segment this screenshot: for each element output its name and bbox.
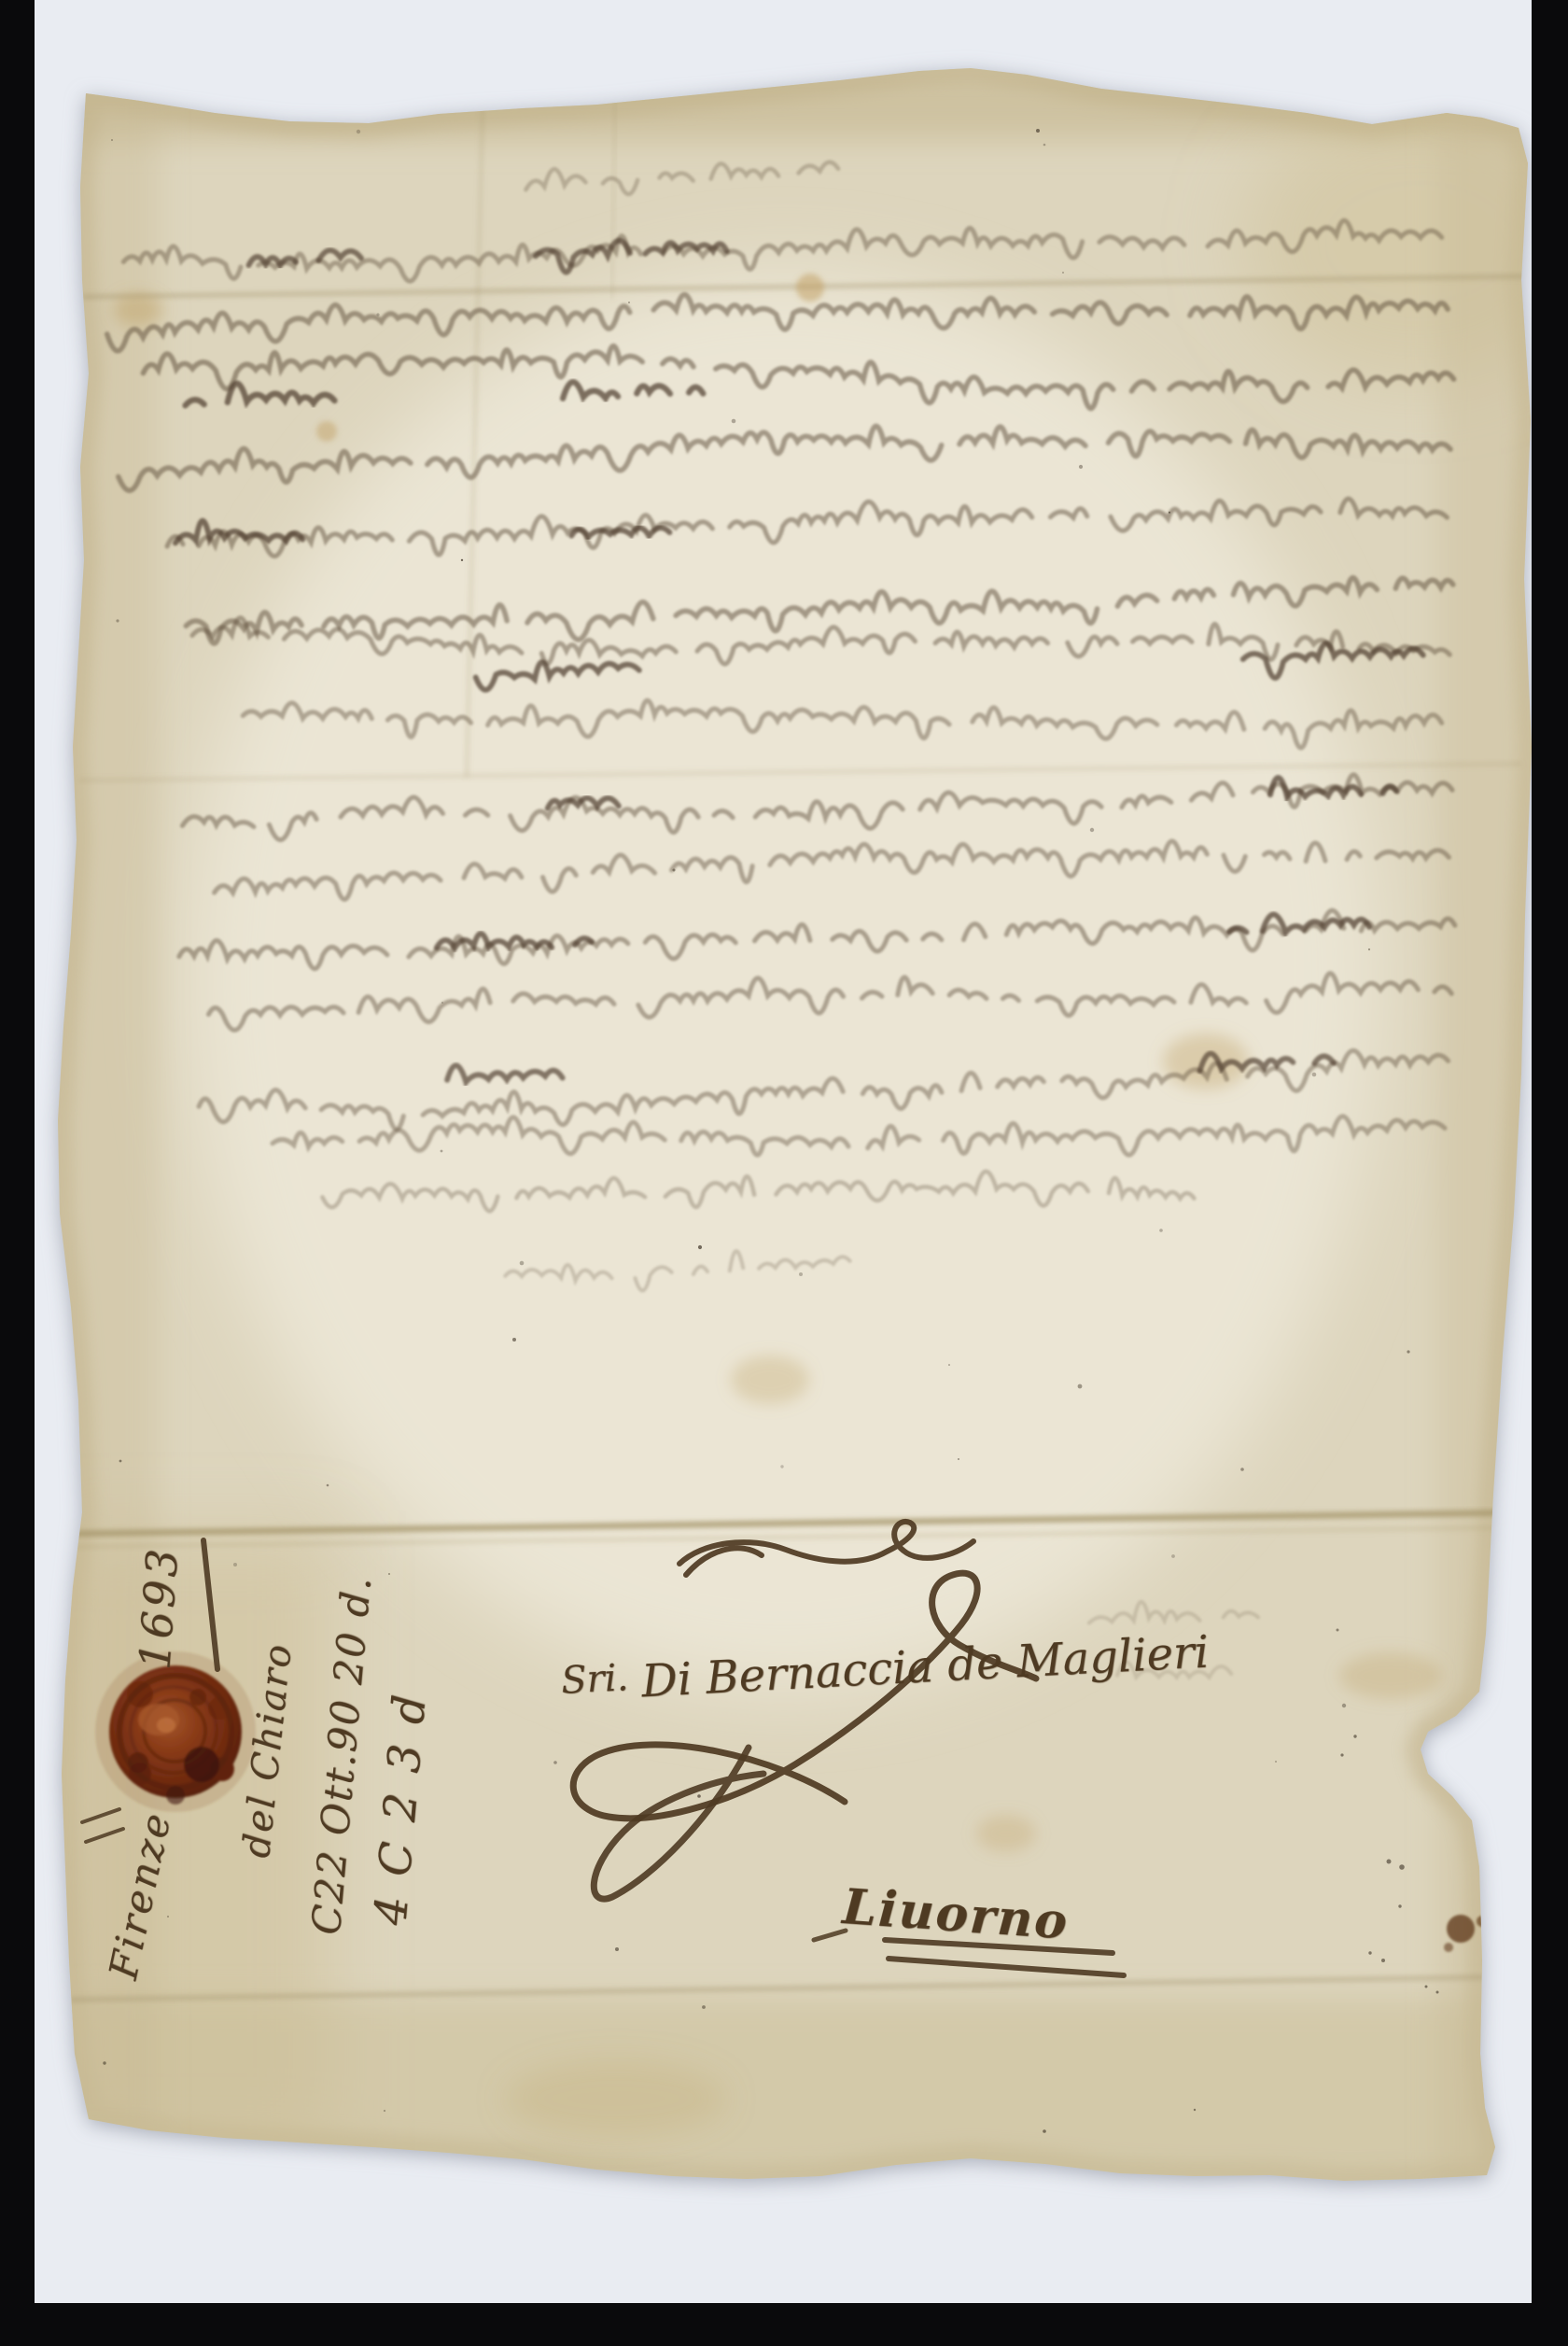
speck (1381, 1959, 1385, 1962)
speck (1353, 1735, 1356, 1737)
speck (327, 1484, 329, 1487)
speck (697, 1794, 701, 1798)
paper-layer (0, 0, 1568, 2346)
speck (1337, 1629, 1339, 1632)
speck (1407, 1350, 1409, 1353)
document-photo: 1693 del Chiaro C22 Ott.90 20 d. 4C23d F… (0, 0, 1568, 2346)
speck (698, 1245, 702, 1249)
speck (357, 130, 360, 133)
speck (1425, 1986, 1428, 1988)
speck (702, 2005, 706, 2009)
speck (958, 1458, 959, 1460)
speck (780, 1465, 783, 1468)
speck (1090, 828, 1094, 832)
speck (111, 139, 113, 141)
speck (628, 302, 630, 303)
speck (520, 1261, 525, 1266)
speck (1043, 144, 1046, 147)
speck (1169, 512, 1170, 513)
speck (1399, 1864, 1405, 1870)
addressee-prefix: Sri. (560, 1656, 629, 1703)
speck (1312, 1073, 1317, 1077)
speck (1387, 1860, 1392, 1864)
speck (441, 1002, 443, 1004)
speck (233, 1563, 237, 1566)
speck (461, 559, 463, 561)
speck (1171, 1554, 1175, 1558)
speck (1194, 2109, 1196, 2111)
speck (1240, 1468, 1244, 1471)
speck (119, 1460, 122, 1463)
speck (376, 313, 379, 316)
speck (615, 1947, 619, 1951)
annotation-year: 1693 (129, 1544, 188, 1672)
speck (1036, 129, 1040, 133)
speck (673, 869, 676, 872)
speck (388, 1573, 390, 1575)
speck (1078, 1384, 1083, 1389)
speck (1275, 1761, 1277, 1763)
speck (512, 1338, 516, 1342)
speck (732, 419, 736, 424)
bottom-band (56, 1998, 1512, 2184)
paper-light-centre (187, 271, 1381, 1690)
speck (948, 1364, 950, 1366)
speck (1398, 1904, 1401, 1907)
speck (1043, 2129, 1046, 2133)
speck (441, 1150, 443, 1153)
photo-frame-bottom (0, 2303, 1568, 2346)
speck (1368, 948, 1370, 950)
speck (1062, 272, 1064, 274)
photo-frame-right (1532, 0, 1568, 2346)
speck (1436, 1991, 1439, 1994)
photo-frame-left (0, 0, 35, 2346)
wax-seal (95, 1651, 256, 1812)
speck (1159, 1229, 1163, 1232)
right-edge-band (1437, 112, 1540, 2194)
speck (1342, 1704, 1346, 1707)
speck (103, 2061, 105, 2064)
speck (167, 1916, 169, 1918)
speck (1079, 465, 1083, 469)
speck (553, 1761, 557, 1764)
speck (116, 619, 119, 622)
speck (799, 1272, 803, 1276)
speck (384, 2110, 385, 2112)
speck (1340, 1753, 1343, 1756)
speck (1368, 1951, 1371, 1954)
